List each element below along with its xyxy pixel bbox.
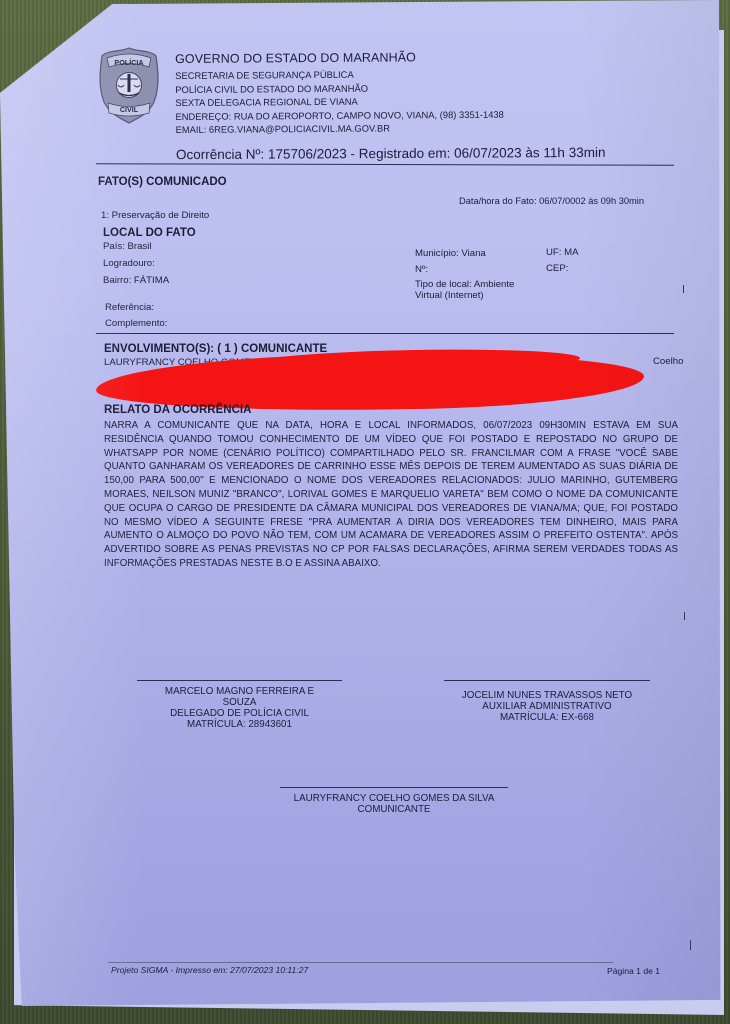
field-bairro: Bairro: FÁTIMA <box>103 275 169 286</box>
section-title-local: LOCAL DO FATO <box>103 227 196 239</box>
signature-name: LAURYFRANCY COELHO GOMES DA SILVA <box>280 793 508 804</box>
report-narrative: NARRA A COMUNICANTE QUE NA DATA, HORA E … <box>104 419 678 571</box>
field-logradouro: Logradouro: <box>103 258 155 269</box>
footer-page-number: Página 1 de 1 <box>607 966 660 976</box>
section-title-relato: RELATO DA OCORRÊNCIA <box>104 404 251 416</box>
svg-text:CIVIL: CIVIL <box>120 105 139 114</box>
field-referencia: Referência: <box>105 302 154 313</box>
signature-name: MARCELO MAGNO FERREIRA E <box>137 686 342 697</box>
signature-comunicante: LAURYFRANCY COELHO GOMES DA SILVA COMUNI… <box>280 787 508 815</box>
agency-header: GOVERNO DO ESTADO DO MARANHÃO SECRETARIA… <box>175 50 504 137</box>
signature-delegado: MARCELO MAGNO FERREIRA E SOUZA DELEGADO … <box>137 680 342 730</box>
signature-line <box>137 680 342 681</box>
fact-type: 1: Preservação de Direito <box>101 210 209 221</box>
signature-name-cont: SOUZA <box>137 697 342 708</box>
section-title-envolvimentos: ENVOLVIMENTO(S): ( 1 ) COMUNICANTE <box>104 343 327 355</box>
policia-civil-badge-icon: POLÍCIA CIVIL <box>98 46 160 124</box>
svg-text:POLÍCIA: POLÍCIA <box>114 58 143 67</box>
section-title-fatos: FATO(S) COMUNICADO <box>98 176 227 188</box>
field-complemento: Complemento: <box>105 318 167 329</box>
field-pais: País: Brasil <box>103 241 152 252</box>
field-cep: CEP: <box>546 263 568 274</box>
divider <box>96 163 674 166</box>
signature-auxiliar: JOCELIM NUNES TRAVASSOS NETO AUXILIAR AD… <box>444 680 650 723</box>
header-government: GOVERNO DO ESTADO DO MARANHÃO <box>175 50 503 66</box>
signature-role: COMUNICANTE <box>280 804 508 815</box>
ink-mark <box>690 940 691 950</box>
field-numero: Nº: <box>415 264 428 275</box>
footer-printed: Projeto SIGMA - Impresso em: 27/07/2023 … <box>111 965 308 975</box>
ink-mark <box>684 612 685 620</box>
involved-partial-text: Coelho <box>653 356 683 367</box>
occurrence-number: Ocorrência Nº: 175706/2023 - Registrado … <box>176 145 606 162</box>
signature-line <box>280 787 508 788</box>
signature-role: DELEGADO DE POLÍCIA CIVIL <box>137 708 342 719</box>
signature-role: AUXILIAR ADMINISTRATIVO <box>444 701 650 712</box>
ink-mark <box>683 285 684 293</box>
signature-registration: MATRÍCULA: EX-668 <box>444 712 650 723</box>
divider <box>96 333 674 334</box>
field-tipo-local: Tipo de local: Ambiente Virtual (Interne… <box>415 279 535 301</box>
signature-registration: MATRÍCULA: 28943601 <box>137 719 342 730</box>
field-municipio: Município: Viana <box>415 248 486 259</box>
footer-divider <box>108 962 613 963</box>
police-report-page: POLÍCIA CIVIL GOVERNO DO ESTADO DO MARAN… <box>0 0 724 1010</box>
fact-datetime: Data/hora do Fato: 06/07/0002 às 09h 30m… <box>459 196 644 206</box>
signature-name: JOCELIM NUNES TRAVASSOS NETO <box>444 690 650 701</box>
signature-line <box>444 680 650 681</box>
field-uf: UF: MA <box>546 247 579 258</box>
header-email: EMAIL: 6REG.VIANA@POLICIACIVIL.MA.GOV.BR <box>175 121 503 137</box>
header-address: ENDEREÇO: RUA DO AEROPORTO, CAMPO NOVO, … <box>175 107 503 123</box>
